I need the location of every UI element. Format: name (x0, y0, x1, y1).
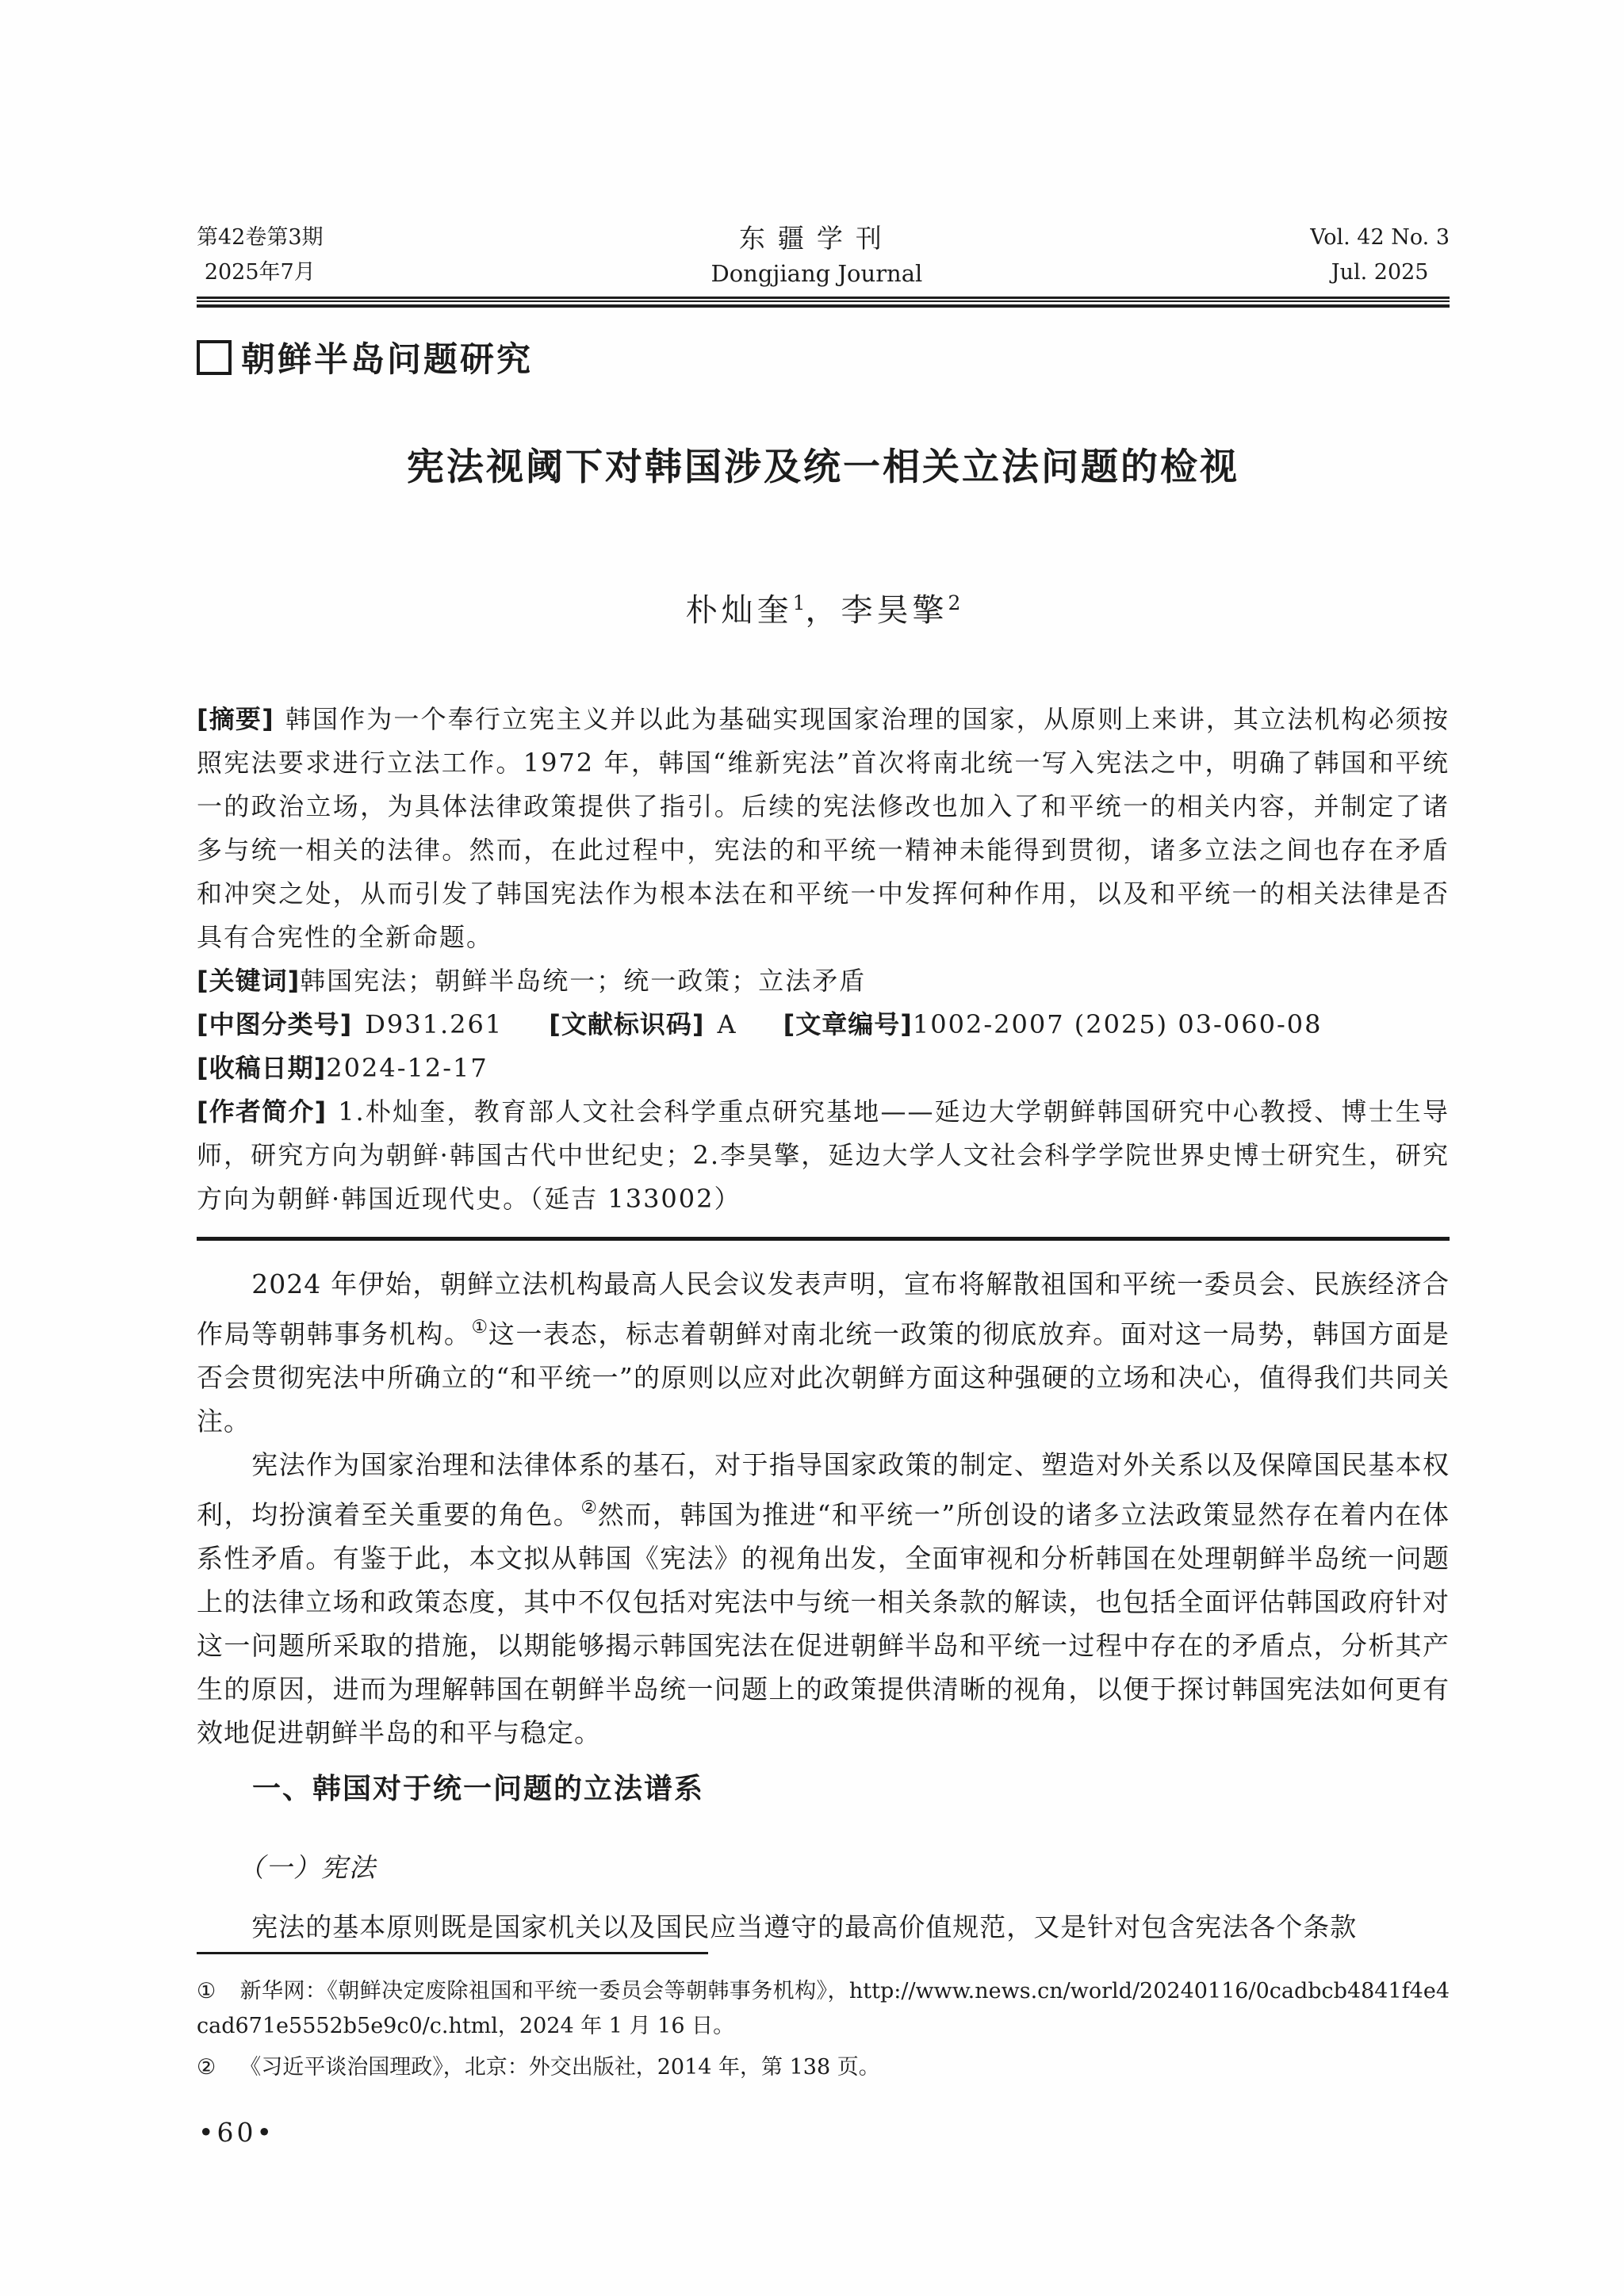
footnote-text: 新华网：《朝鲜决定废除祖国和平统一委员会等朝韩事务机构》，http://www.… (197, 1979, 1450, 2038)
footnote-ref-1: ① (472, 1317, 488, 1337)
masthead-right: Vol. 42 No. 3 Jul. 2025 (1310, 220, 1450, 290)
keywords: [关键词]韩国宪法；朝鲜半岛统一；统一政策；立法矛盾 (197, 959, 1450, 1003)
authors-line: 朴灿奎1，李昊擎2 (197, 585, 1450, 630)
keywords-text: 韩国宪法；朝鲜半岛统一；统一政策；立法矛盾 (300, 966, 866, 996)
masthead-rule (197, 297, 1450, 308)
footnote-ref-2: ② (580, 1498, 597, 1518)
journal-title-cn: 东疆学刊 (324, 220, 1311, 257)
received-value: 2024-12-17 (326, 1053, 488, 1083)
column-label-text: 朝鲜半岛问题研究 (241, 333, 533, 381)
issue-en: Vol. 42 No. 3 (1310, 220, 1450, 255)
paragraph-text: 宪法的基本原则既是国家机关以及国民应当遵守的最高价值规范，又是针对包含宪法各个条… (251, 1911, 1357, 1942)
square-marker-icon (197, 340, 232, 375)
body-paragraph: 宪法的基本原则既是国家机关以及国民应当遵守的最高价值规范，又是针对包含宪法各个条… (197, 1905, 1450, 1949)
masthead-center: 东疆学刊 Dongjiang Journal (324, 220, 1311, 290)
doc-code-value: A (718, 1009, 737, 1039)
abstract-label: [摘要] (197, 704, 274, 734)
author-name: 李昊擎 (841, 592, 948, 629)
author-bio-label: [作者简介] (197, 1096, 327, 1127)
date-en: Jul. 2025 (1310, 255, 1450, 290)
footnote-separator (197, 1952, 708, 1954)
footnote-marker: ① (197, 1979, 216, 2003)
author-bio: [作者简介]1.朴灿奎，教育部人文社会科学重点研究基地——延边大学朝鲜韩国研究中… (197, 1090, 1450, 1221)
classification-line: [中图分类号]D931.261[文献标识码]A[文章编号]1002-2007 (… (197, 1003, 1450, 1047)
author-affil-marker: 1 (793, 591, 806, 614)
meta-body-divider (197, 1237, 1450, 1241)
article-title: 宪法视阈下对韩国涉及统一相关立法问题的检视 (197, 438, 1450, 491)
page-number: •60• (198, 2117, 275, 2148)
masthead: 第42卷第3期 2025年7月 东疆学刊 Dongjiang Journal V… (197, 220, 1450, 290)
masthead-left: 第42卷第3期 2025年7月 (197, 220, 324, 290)
footnote-item: ①新华网：《朝鲜决定废除祖国和平统一委员会等朝韩事务机构》，http://www… (197, 1974, 1450, 2044)
received-date-line: [收稿日期]2024-12-17 (197, 1047, 1450, 1090)
footnote-text: 《习近平谈治国理政》，北京：外交出版社，2014 年，第 138 页。 (239, 2055, 880, 2080)
paragraph-text: 然而，韩国为推进“和平统一”所创设的诸多立法政策显然存在着内在体系性矛盾。有鉴于… (197, 1499, 1450, 1748)
journal-page: 第42卷第3期 2025年7月 东疆学刊 Dongjiang Journal V… (0, 0, 1624, 2296)
date-cn: 2025年7月 (197, 255, 324, 290)
abstract-text: 韩国作为一个奉行立宪主义并以此为基础实现国家治理的国家，从原则上来讲，其立法机构… (197, 704, 1450, 952)
author-affil-marker: 2 (948, 591, 961, 614)
body-paragraph: 2024 年伊始，朝鲜立法机构最高人民会议发表声明，宣布将解散祖国和平统一委员会… (197, 1262, 1450, 1443)
body-paragraph: 宪法作为国家治理和法律体系的基石，对于指导国家政策的制定、塑造对外关系以及保障国… (197, 1443, 1450, 1755)
column-label: 朝鲜半岛问题研究 (197, 333, 533, 381)
subsection-heading: （一）宪法 (197, 1846, 1450, 1889)
footnotes: ①新华网：《朝鲜决定废除祖国和平统一委员会等朝韩事务机构》，http://www… (197, 1974, 1450, 2091)
abstract: [摘要]韩国作为一个奉行立宪主义并以此为基础实现国家治理的国家，从原则上来讲，其… (197, 698, 1450, 959)
author-bio-text: 1.朴灿奎，教育部人文社会科学重点研究基地——延边大学朝鲜韩国研究中心教授、博士… (197, 1096, 1450, 1214)
author-name: 朴灿奎 (686, 592, 793, 629)
article-meta: [摘要]韩国作为一个奉行立宪主义并以此为基础实现国家治理的国家，从原则上来讲，其… (197, 698, 1450, 1221)
footnote-marker: ② (197, 2055, 216, 2080)
article-id-value: 1002-2007 (2025) 03-060-08 (913, 1009, 1323, 1039)
article-id-label: [文章编号] (783, 1009, 913, 1039)
received-label: [收稿日期] (197, 1053, 326, 1083)
doc-code-label: [文献标识码] (549, 1009, 704, 1039)
author-separator: ， (806, 592, 841, 629)
keywords-label: [关键词] (197, 966, 300, 996)
journal-title-en: Dongjiang Journal (324, 257, 1311, 290)
article-body: 2024 年伊始，朝鲜立法机构最高人民会议发表声明，宣布将解散祖国和平统一委员会… (197, 1262, 1450, 1949)
issue-cn: 第42卷第3期 (197, 220, 324, 255)
clc-value: D931.261 (365, 1009, 503, 1039)
clc-label: [中图分类号] (197, 1009, 352, 1039)
footnote-item: ②《习近平谈治国理政》，北京：外交出版社，2014 年，第 138 页。 (197, 2050, 1450, 2085)
section-heading: 一、韩国对于统一问题的立法谱系 (197, 1767, 1450, 1811)
